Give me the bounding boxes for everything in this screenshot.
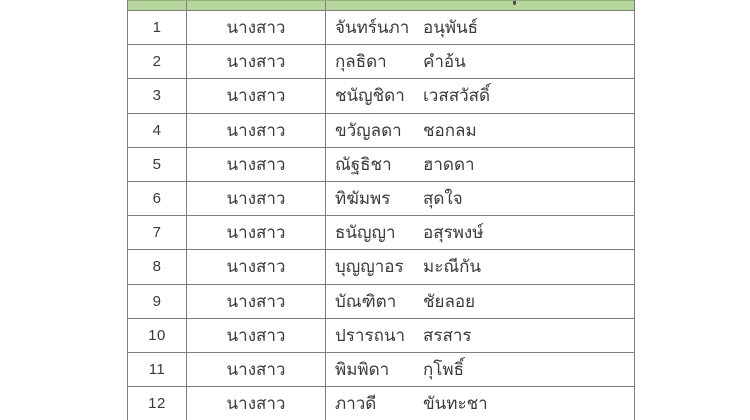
table-row: 4 นางสาว ขวัญลดา ชอกลม (128, 114, 634, 148)
last-name: อนุพันธ์ (423, 14, 478, 41)
title-cell: นางสาว (187, 285, 326, 318)
title-cell: นางสาว (187, 79, 326, 112)
title-cell: นางสาว (187, 11, 326, 44)
last-name: กุโพธิ์ (423, 356, 464, 383)
title-cell: นางสาว (187, 182, 326, 215)
title-cell: นางสาว (187, 148, 326, 181)
table-row: 10 นางสาว ปรารถนา สรสาร (128, 319, 634, 353)
table-row: 1 นางสาว จันทร์นภา อนุพันธ์ (128, 11, 634, 45)
last-name: ขันทะชา (423, 390, 488, 417)
title-cell: นางสาว (187, 319, 326, 352)
first-name: ชนัญชิดา (335, 82, 415, 109)
name-cell: ธนัญญา อสุรพงษ์ (326, 216, 634, 249)
row-number-cell: 5 (128, 148, 187, 181)
first-name: บุญญาอร (335, 253, 415, 280)
last-name: ชอกลม (423, 117, 477, 144)
table-row: 8 นางสาว บุญญาอร มะณีกัน (128, 250, 634, 284)
title-cell: นางสาว (187, 250, 326, 283)
name-cell: ณัฐธิชา ฮาดดา (326, 148, 634, 181)
last-name: อสุรพงษ์ (423, 219, 483, 246)
table-header-row (128, 0, 634, 11)
name-cell: ทิฆัมพร สุดใจ (326, 182, 634, 215)
table-row: 7 นางสาว ธนัญญา อสุรพงษ์ (128, 216, 634, 250)
table-body: 1 นางสาว จันทร์นภา อนุพันธ์ 2 นางสาว กุล… (128, 11, 634, 420)
title-cell: นางสาว (187, 353, 326, 386)
row-number-cell: 11 (128, 353, 187, 386)
title-cell: นางสาว (187, 114, 326, 147)
first-name: ธนัญญา (335, 219, 415, 246)
first-name: ณัฐธิชา (335, 151, 415, 178)
last-name: มะณีกัน (423, 253, 481, 280)
title-cell: นางสาว (187, 387, 326, 420)
name-cell: ชนัญชิดา เวสสวัสดิ์ (326, 79, 634, 112)
row-number-cell: 6 (128, 182, 187, 215)
last-name: ฮาดดา (423, 151, 475, 178)
last-name: เวสสวัสดิ์ (423, 82, 490, 109)
header-cell-name (326, 1, 634, 10)
header-cell-title (187, 1, 326, 10)
name-cell: บุญญาอร มะณีกัน (326, 250, 634, 283)
name-cell: พิมพิดา กุโพธิ์ (326, 353, 634, 386)
table-row: 6 นางสาว ทิฆัมพร สุดใจ (128, 182, 634, 216)
table-row: 12 นางสาว ภาวดี ขันทะชา (128, 387, 634, 420)
name-cell: กุลธิดา คำอ้น (326, 45, 634, 78)
row-number-cell: 10 (128, 319, 187, 352)
first-name: ขวัญลดา (335, 117, 415, 144)
document-page: 1 นางสาว จันทร์นภา อนุพันธ์ 2 นางสาว กุล… (0, 0, 750, 420)
header-cell-no (128, 1, 187, 10)
first-name: ทิฆัมพร (335, 185, 415, 212)
table-row: 3 นางสาว ชนัญชิดา เวสสวัสดิ์ (128, 79, 634, 113)
name-cell: ขวัญลดา ชอกลม (326, 114, 634, 147)
row-number-cell: 2 (128, 45, 187, 78)
table-row: 9 นางสาว บัณฑิตา ชัยลอย (128, 285, 634, 319)
row-number-cell: 1 (128, 11, 187, 44)
last-name: สรสาร (423, 322, 472, 349)
first-name: จันทร์นภา (335, 14, 415, 41)
name-cell: ปรารถนา สรสาร (326, 319, 634, 352)
row-number-cell: 9 (128, 285, 187, 318)
title-cell: นางสาว (187, 216, 326, 249)
first-name: พิมพิดา (335, 356, 415, 383)
row-number-cell: 4 (128, 114, 187, 147)
name-cell: ภาวดี ขันทะชา (326, 387, 634, 420)
name-cell: จันทร์นภา อนุพันธ์ (326, 11, 634, 44)
last-name: สุดใจ (423, 185, 463, 212)
row-number-cell: 7 (128, 216, 187, 249)
last-name: ชัยลอย (423, 288, 475, 315)
first-name: ปรารถนา (335, 322, 415, 349)
cutoff-header-text-remnant (513, 1, 516, 5)
table-row: 11 นางสาว พิมพิดา กุโพธิ์ (128, 353, 634, 387)
row-number-cell: 3 (128, 79, 187, 112)
row-number-cell: 8 (128, 250, 187, 283)
title-cell: นางสาว (187, 45, 326, 78)
first-name: บัณฑิตา (335, 288, 415, 315)
row-number-cell: 12 (128, 387, 187, 420)
name-cell: บัณฑิตา ชัยลอย (326, 285, 634, 318)
first-name: ภาวดี (335, 390, 415, 417)
first-name: กุลธิดา (335, 48, 415, 75)
name-roster-table: 1 นางสาว จันทร์นภา อนุพันธ์ 2 นางสาว กุล… (127, 0, 635, 420)
last-name: คำอ้น (423, 48, 466, 75)
table-row: 2 นางสาว กุลธิดา คำอ้น (128, 45, 634, 79)
table-row: 5 นางสาว ณัฐธิชา ฮาดดา (128, 148, 634, 182)
